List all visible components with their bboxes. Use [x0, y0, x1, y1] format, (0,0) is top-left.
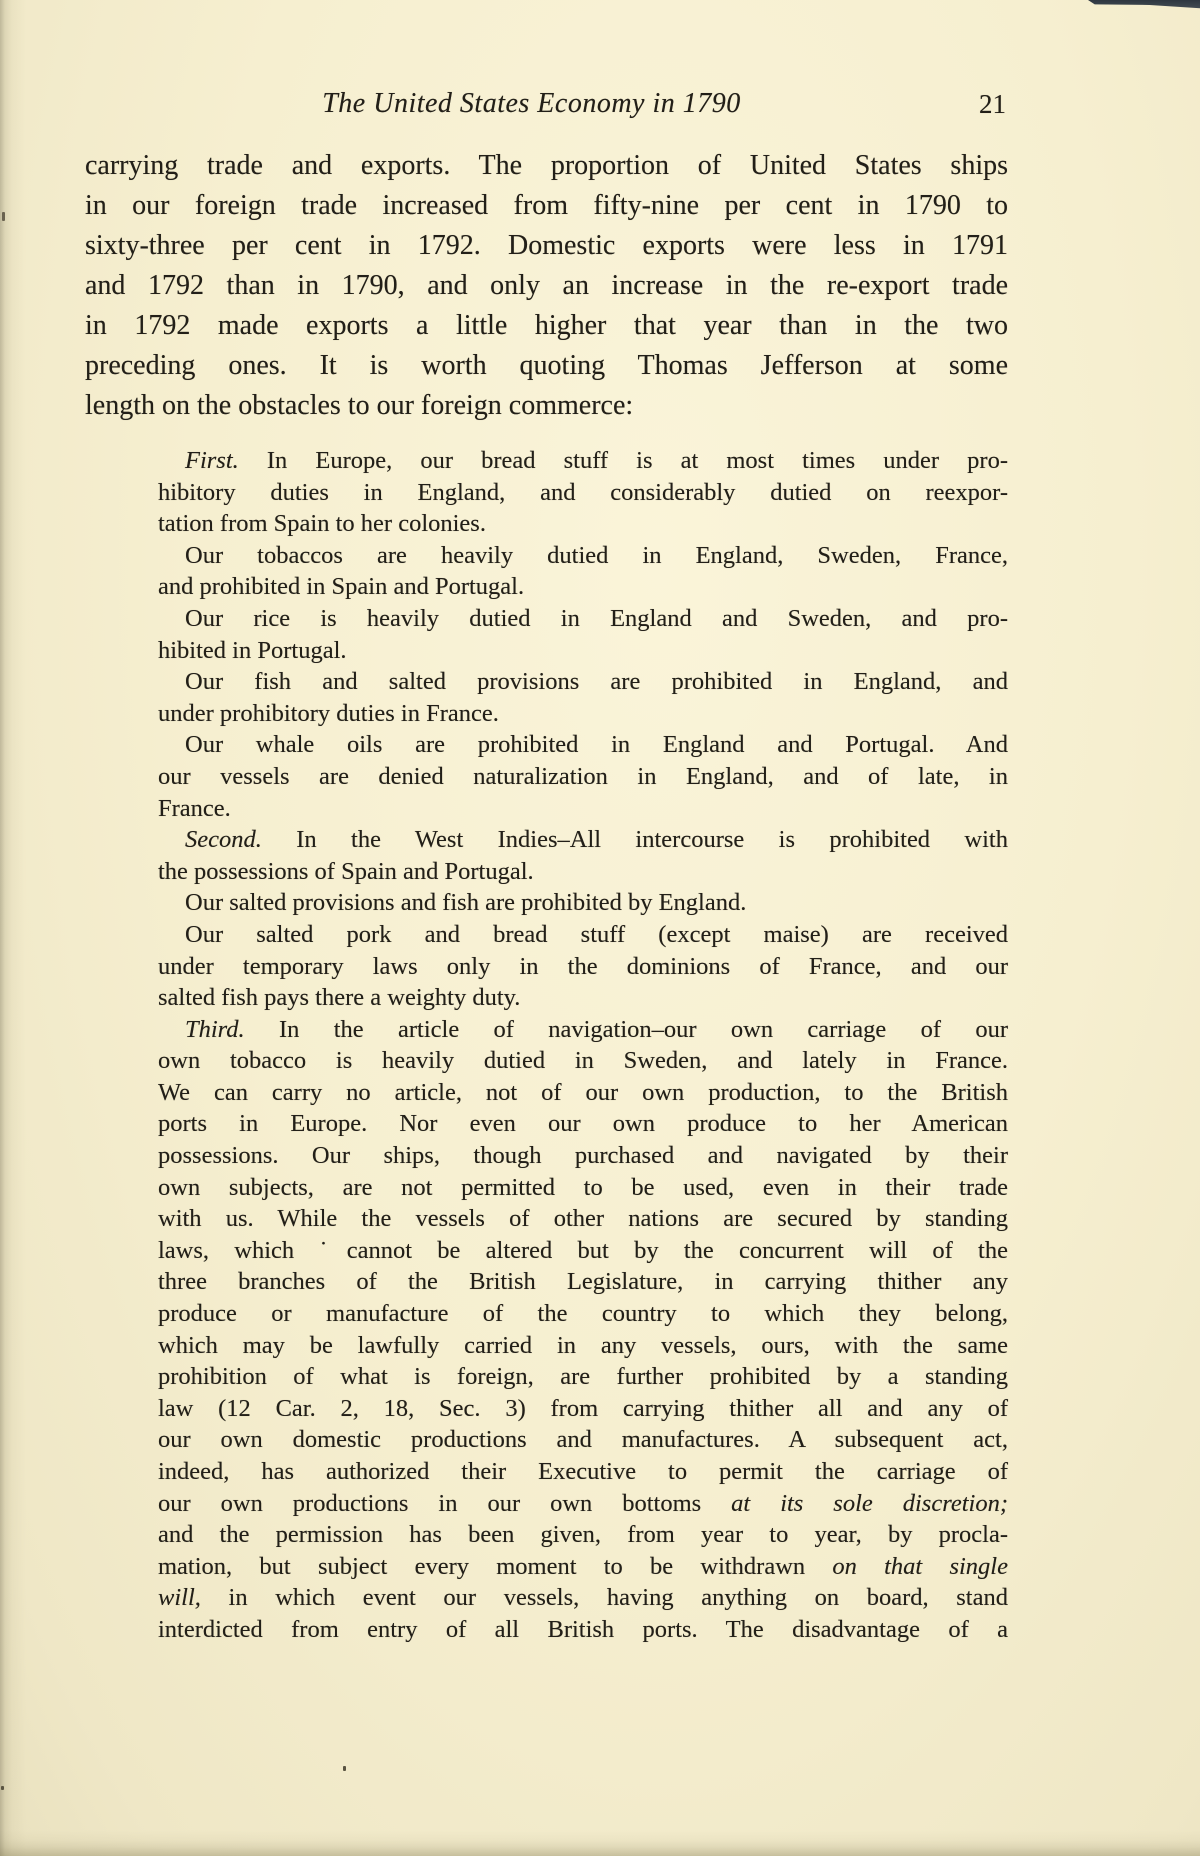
text-line: in 1792 made exports a little higher tha…	[85, 306, 1008, 346]
text-line: hibited in Portugal.	[158, 635, 1008, 667]
text-line: own subjects, are not permitted to be us…	[158, 1172, 1008, 1204]
text-line: sixty-three per cent in 1792. Domestic e…	[85, 226, 1008, 266]
text-line: hibitory duties in England, and consider…	[158, 477, 1008, 509]
text-line: Second. In the West Indies–All intercour…	[158, 824, 1008, 856]
text-line: our own productions in our own bottoms a…	[158, 1488, 1008, 1520]
text-line: produce or manufacture of the country to…	[158, 1298, 1008, 1330]
text-line: laws, which ˙cannot be altered but by th…	[158, 1235, 1008, 1267]
text-line: and prohibited in Spain and Portugal.	[158, 571, 1008, 603]
paragraph: Our whale oils are prohibited in England…	[158, 729, 1008, 824]
paragraph: Our rice is heavily dutied in England an…	[158, 603, 1008, 666]
scan-speck	[1, 1786, 4, 1790]
paragraph: Our salted pork and bread stuff (except …	[158, 919, 1008, 1014]
text-line: ports in Europe. Nor even our own produc…	[158, 1108, 1008, 1140]
text-line: Our salted provisions and fish are prohi…	[158, 887, 1008, 919]
text-line: which may be lawfully carried in any ves…	[158, 1330, 1008, 1362]
text-line: We can carry no article, not of our own …	[158, 1077, 1008, 1109]
text-line: Our rice is heavily dutied in England an…	[158, 603, 1008, 635]
text-line: under temporary laws only in the dominio…	[158, 951, 1008, 983]
paragraph: Our fish and salted provisions are prohi…	[158, 666, 1008, 729]
text-line: three branches of the British Legislatur…	[158, 1266, 1008, 1298]
running-header: The United States Economy in 1790 21	[85, 88, 1008, 122]
scan-gutter-shadow	[0, 0, 26, 1856]
text-line: Our tobaccos are heavily dutied in Engla…	[158, 540, 1008, 572]
text-line: France.	[158, 793, 1008, 825]
text-line: Third. In the article of navigation–our …	[158, 1014, 1008, 1046]
chapter-title: The United States Economy in 1790	[85, 88, 1008, 120]
text-line: under prohibitory duties in France.	[158, 698, 1008, 730]
text-line: possessions. Our ships, though purchased…	[158, 1140, 1008, 1172]
paragraph: Third. In the article of navigation–our …	[158, 1014, 1008, 1646]
text-line: Our fish and salted provisions are prohi…	[158, 666, 1008, 698]
text-line: prohibition of what is foreign, are furt…	[158, 1361, 1008, 1393]
text-line: law (12 Car. 2, 18, Sec. 3) from carryin…	[158, 1393, 1008, 1425]
scan-speck	[2, 212, 5, 221]
text-line: with us. While the vessels of other nati…	[158, 1203, 1008, 1235]
text-line: the possessions of Spain and Portugal.	[158, 856, 1008, 888]
text-line: in our foreign trade increased from fift…	[85, 186, 1008, 226]
text-line: mation, but subject every moment to be w…	[158, 1551, 1008, 1583]
scan-speck	[343, 1766, 346, 1771]
text-line: salted fish pays there a weighty duty.	[158, 982, 1008, 1014]
text-line: Our whale oils are prohibited in England…	[158, 729, 1008, 761]
text-line: our vessels are denied naturalization in…	[158, 761, 1008, 793]
text-line: own tobacco is heavily dutied in Sweden,…	[158, 1045, 1008, 1077]
text-line: First. In Europe, our bread stuff is at …	[158, 445, 1008, 477]
scan-dark-corner	[1088, 0, 1200, 11]
paragraph: Second. In the West Indies–All intercour…	[158, 824, 1008, 887]
paragraph: carrying trade and exports. The proporti…	[85, 146, 1008, 426]
text-line: and the permission has been given, from …	[158, 1519, 1008, 1551]
text-line: and 1792 than in 1790, and only an incre…	[85, 266, 1008, 306]
paragraph: Our tobaccos are heavily dutied in Engla…	[158, 540, 1008, 603]
scan-bottom-shadow	[0, 1830, 1200, 1856]
text-line: interdicted from entry of all British po…	[158, 1614, 1008, 1646]
text-line: carrying trade and exports. The proporti…	[85, 146, 1008, 186]
text-line: length on the obstacles to our foreign c…	[85, 386, 1008, 426]
text-line: preceding ones. It is worth quoting Thom…	[85, 346, 1008, 386]
paragraph: First. In Europe, our bread stuff is at …	[158, 445, 1008, 540]
text-line: tation from Spain to her colonies.	[158, 508, 1008, 540]
page-text: carrying trade and exports. The proporti…	[85, 146, 1008, 1646]
page-number: 21	[979, 89, 1006, 120]
text-line: our own domestic productions and manufac…	[158, 1424, 1008, 1456]
text-line: will, in which event our vessels, having…	[158, 1582, 1008, 1614]
text-line: Our salted pork and bread stuff (except …	[158, 919, 1008, 951]
paragraph: Our salted provisions and fish are prohi…	[158, 887, 1008, 919]
text-line: indeed, has authorized their Executive t…	[158, 1456, 1008, 1488]
